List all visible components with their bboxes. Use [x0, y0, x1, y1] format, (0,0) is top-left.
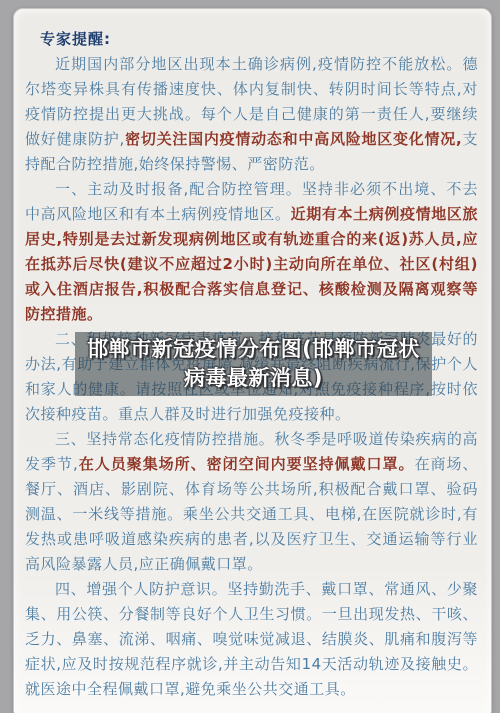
overlay-title-text: 邯郸市新冠疫情分布图(邯郸市冠状病毒最新消息) — [79, 335, 428, 393]
page-background: 专家提醒: 近期国内部分地区出现本土确诊病例,疫情防控不能放松。德尔塔变异株具有… — [0, 0, 500, 713]
text-segment: 密切关注国内疫情动态和中高风险地区变化情况, — [125, 130, 462, 148]
notice-paragraph: 近期国内部分地区出现本土确诊病例,疫情防控不能放松。德尔塔变异株具有传播速度快、… — [25, 52, 478, 177]
text-segment: 四、增强个人防护意识。坚持勤洗手、戴口罩、常通风、少聚集、用公筷、分餐制等良好个… — [25, 580, 478, 698]
notice-paragraph: 一、主动及时报备,配合防控管理。坚持非必须不出境、不去中高风险地区和有本土病例疫… — [25, 177, 478, 327]
notice-paragraph: 四、增强个人防护意识。坚持勤洗手、戴口罩、常通风、少聚集、用公筷、分餐制等良好个… — [25, 577, 478, 702]
notice-heading: 专家提醒: — [25, 27, 478, 52]
title-overlay: 邯郸市新冠疫情分布图(邯郸市冠状病毒最新消息) — [75, 332, 432, 396]
text-segment: 在人员聚集场所、密闭空间内要坚持佩戴口罩。 — [78, 455, 414, 473]
notice-paragraph: 三、坚持常态化疫情防控措施。秋冬季是呼吸道传染疾病的高发季节,在人员聚集场所、密… — [25, 427, 478, 577]
